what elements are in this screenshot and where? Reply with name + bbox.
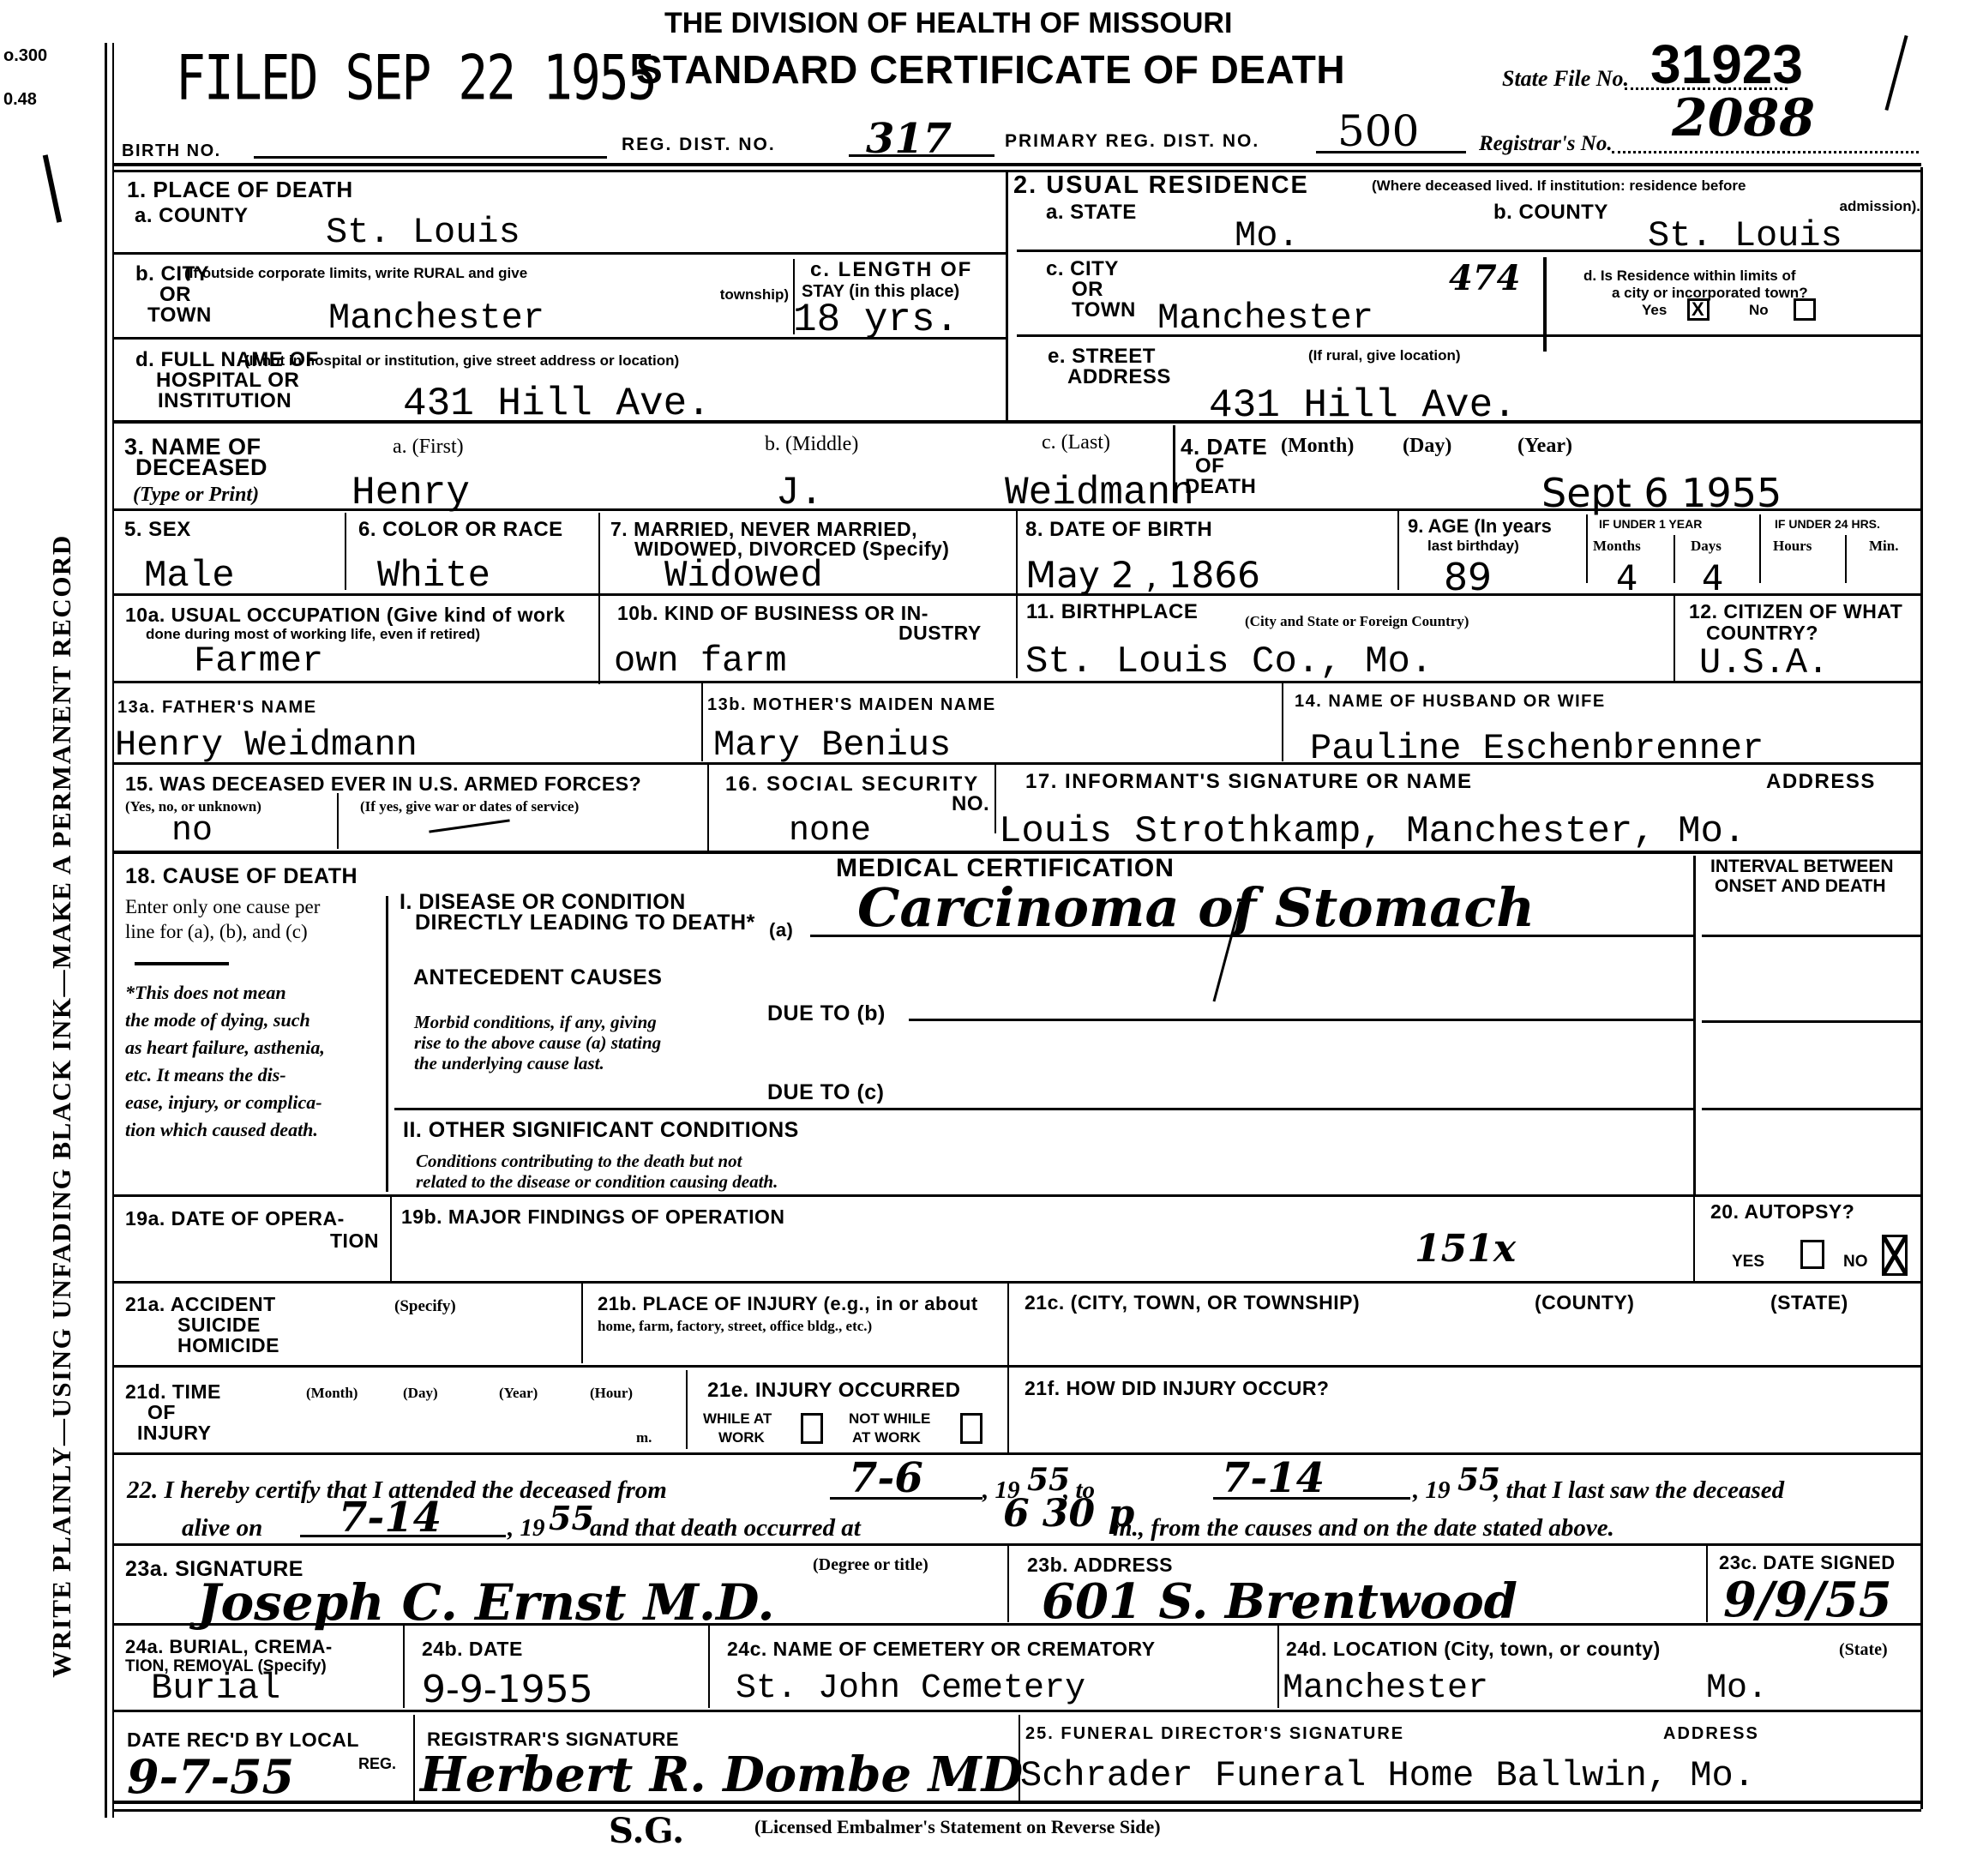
cause-instructions: Enter only one cause per line for (a), (… [125,895,320,945]
rule [114,593,1921,596]
burial-state-value: Mo. [1706,1672,1768,1706]
reg-dist-label: REG. DIST. NO. [622,135,776,154]
injury-place-label: 21b. PLACE OF INJURY (e.g., in or about [598,1295,978,1314]
form-border-left-inner [112,43,114,1818]
res-city-label: c. CITY [1046,259,1119,280]
primary-reg-dist-line [1316,151,1466,153]
not-at-work-label-2: AT WORK [852,1430,921,1446]
hospital-note: (If not in hospital or institution, give… [244,353,679,369]
ssn-value: none [789,815,871,849]
footnote-line: etc. It means the dis- [125,1061,325,1089]
primary-reg-dist-number: 500 [1337,110,1419,153]
occupation-value: Farmer [194,643,323,679]
date-signed-value: 9/9/55 [1723,1576,1892,1624]
days-label: Days [1691,538,1722,554]
rule [114,1281,1921,1284]
business-label-2: DUSTRY [898,623,982,643]
state-file-number: 31923 [1650,33,1803,96]
marital-value: Widowed [664,557,823,595]
cause-c-line [394,1108,1693,1110]
divider [390,1197,392,1281]
part2-note-line: Conditions contributing to the death but… [416,1151,778,1171]
date-signed-label: 23c. DATE SIGNED [1719,1554,1896,1572]
res-city-label-town: TOWN [1072,300,1136,321]
cause-instruction-1: Enter only one cause per [125,895,320,920]
interval-b-line [1702,1020,1920,1023]
date-of-birth-value: May 2 , 1866 [1025,557,1260,593]
cause-a-line [810,935,1693,937]
cause-a-value: Carcinoma of Stomach [857,881,1535,935]
injury-type-label-3: HOMICIDE [177,1336,279,1356]
antecedent-label: ANTECEDENT CAUSES [413,967,662,989]
form-number-2: 0.48 [3,91,37,109]
last-seen-date: 7-14 [339,1497,442,1538]
length-of-stay-label: c. LENGTH OF [810,260,972,280]
usual-residence-note-2: admission). [1800,199,1920,214]
first-name-label: a. (First) [393,436,464,459]
attended-to-line [1213,1497,1410,1500]
registrar-number: 2088 [1672,93,1815,144]
death-city-label-or: OR [159,285,191,305]
res-street-note: (If rural, give location) [1308,348,1461,364]
interval-c-line [1702,1108,1920,1110]
interval-label-2: ONSET AND DEATH [1715,877,1886,896]
certify-text-4: m., from the causes and on the date stat… [1113,1512,1614,1543]
certify-text-2: , that I last saw the deceased [1493,1475,1784,1506]
divider [1586,514,1588,583]
x-mark-icon [1882,1235,1908,1276]
death-city-note: (If outside corporate limits, write RURA… [184,266,527,281]
form-border-right-bottom [1920,1711,1923,1809]
divider [598,513,600,684]
footnote-line: tion which caused death. [125,1116,325,1144]
cause-instruction-2: line for (a), (b), and (c) [125,920,320,945]
injury-type-label-2: SUICIDE [177,1315,261,1335]
divider [345,513,346,590]
res-county-value: St. Louis [1648,218,1842,254]
attended-from-line [830,1497,982,1500]
embalmer-statement-note: (Licensed Embalmer's Statement on Revers… [754,1816,1161,1838]
cause-a-label: (a) [769,921,793,940]
divider [1759,514,1761,583]
business-value: own farm [614,643,787,679]
death-city-label-town: TOWN [147,305,212,326]
min-label: Min. [1869,538,1898,554]
citizen-value: U.S.A. [1699,645,1829,681]
operation-findings-label: 19b. MAJOR FINDINGS OF OPERATION [401,1207,785,1227]
rule [114,1710,1921,1712]
res-city-value: Manchester [1157,300,1373,336]
birth-no-line [254,156,607,159]
certify-text-3: and that death occurred at [590,1512,861,1543]
death-county-label: a. COUNTY [135,206,249,226]
divider [337,793,339,849]
injury-hour-label: (Hour) [590,1386,633,1401]
form-border-right [1920,167,1923,1711]
rule [114,252,1006,255]
footnote-line: the mode of dying, such [125,1007,325,1034]
operation-coding-mark: 151x [1415,1230,1516,1268]
morbid-note-line: the underlying cause last. [414,1053,661,1073]
part2-label: II. OTHER SIGNIFICANT CONDITIONS [403,1120,799,1141]
injury-occurred-label: 21e. INJURY OCCURRED [707,1380,960,1401]
check-tick-mark [1884,35,1908,111]
while-at-work-label: WHILE AT [703,1411,772,1427]
armed-service-note: (If yes, give war or dates of service) [360,799,579,815]
state-file-label: State File No. [1502,65,1629,93]
form-number-1: o.300 [3,47,47,65]
first-name-value: Henry [352,473,470,513]
injury-place-label-2: home, farm, factory, street, office bldg… [598,1319,872,1334]
registrar-no-label: Registrar's No. [1479,130,1613,157]
divider [386,896,388,1192]
injury-month-label: (Month) [306,1386,358,1401]
dod-day-label: (Day) [1403,435,1451,458]
res-city-label-or: OR [1072,280,1103,300]
sex-label: 5. SEX [124,520,191,540]
footnote-line: as heart failure, asthenia, [125,1034,325,1061]
rule [114,1452,1921,1455]
middle-name-label: b. (Middle) [765,433,858,456]
last-seen-year: 55 [549,1502,594,1535]
injury-time-label: 21d. TIME [125,1382,221,1402]
within-limits-no-label: No [1749,303,1769,318]
alive-on-text: alive on [182,1512,262,1543]
filed-stamp: FILED SEP 22 1955 [176,41,656,114]
age-label-2: last birthday) [1427,538,1519,554]
registrar-signature: Herbert R. Dombe MD [420,1751,1023,1799]
autopsy-yes-label: YES [1732,1254,1764,1271]
father-name-label: 13a. FATHER'S NAME [117,699,317,717]
how-injury-label: 21f. HOW DID INJURY OCCUR? [1025,1379,1329,1398]
interval-label: INTERVAL BETWEEN [1710,857,1894,876]
rule [114,762,1921,765]
divider [701,682,703,761]
divider [707,765,709,851]
ssn-label-2: NO. [952,794,989,815]
rule [1017,334,1920,337]
while-at-work-label-2: WORK [718,1430,765,1446]
death-county-value: St. Louis [326,214,520,250]
reg-dist-line [849,154,995,157]
dod-year-label: (Year) [1517,435,1572,458]
informant-label: 17. INFORMANT'S SIGNATURE OR NAME [1025,772,1472,792]
mother-name-value: Mary Benius [713,727,951,763]
rule [114,1623,1921,1626]
morbid-note: Morbid conditions, if any, giving rise t… [414,1012,661,1073]
margin-tick-mark [43,154,63,222]
occupation-label: 10a. USUAL OCCUPATION (Give kind of work [125,605,565,625]
disposition-method-value: Burial [151,1670,280,1706]
not-at-work-checkbox[interactable] [960,1413,982,1444]
usual-residence-label: 2. USUAL RESIDENCE [1013,173,1309,198]
birth-no-label: BIRTH NO. [122,142,221,160]
cause-of-death-label: 18. CAUSE OF DEATH [125,866,358,887]
footnote-line: ease, injury, or complica- [125,1089,325,1116]
header-rule-1 [114,163,1921,166]
rule [114,1801,1921,1804]
res-coding-mark: 474 [1449,262,1521,296]
divider [581,1283,583,1363]
attended-from-date: 7-6 [849,1458,923,1499]
within-limits-yes-checkbox[interactable]: X [1687,298,1710,321]
part1-label-2: DIRECTLY LEADING TO DEATH* [415,912,755,934]
last-name-value: Weidmann [1005,473,1194,513]
burial-state-label: (State) [1839,1641,1888,1659]
morbid-note-line: rise to the above cause (a) stating [414,1032,661,1053]
burial-location-label: 24d. LOCATION (City, town, or county) [1286,1639,1661,1659]
sex-value: Male [144,557,235,595]
under-24-hrs-label: IF UNDER 24 HRS. [1775,518,1880,531]
autopsy-label: 20. AUTOPSY? [1710,1202,1854,1222]
res-state-value: Mo. [1235,218,1300,254]
date-of-death-label-3: DEATH [1185,477,1256,497]
name-of-deceased-label-2: DECEASED [135,456,267,479]
armed-service-dash [429,819,509,833]
within-limits-label: d. Is Residence within limits of [1583,268,1796,284]
race-value: White [377,557,490,595]
rule [114,681,1921,683]
injury-time-label-2: OF [147,1403,176,1422]
injury-type-label: 21a. ACCIDENT [125,1295,276,1314]
divider [1674,535,1675,583]
months-label: Months [1593,538,1641,554]
interval-a-line [1702,935,1920,937]
physician-address-label: 23b. ADDRESS [1027,1555,1173,1575]
age-label: 9. AGE (In years [1408,516,1552,536]
within-limits-yes-label: Yes [1642,303,1667,318]
divider [1693,1197,1695,1281]
injury-m-label: m. [636,1430,652,1446]
type-or-print-label: (Type or Print) [133,482,259,508]
cemetery-label: 24c. NAME OF CEMETERY OR CREMATORY [727,1639,1156,1659]
death-city-value: Manchester [328,300,544,336]
divider [1706,1545,1708,1622]
rule [114,337,1006,340]
res-city-divider [1543,257,1547,352]
embalmer-initials: S.G. [609,1814,684,1849]
divider [1277,1626,1279,1708]
divider [995,765,996,833]
informant-address-label: ADDRESS [1766,772,1876,792]
part2-note-line: related to the disease or condition caus… [416,1171,778,1192]
hospital-label-3: INSTITUTION [158,391,291,412]
rule [114,1543,1921,1546]
registrar-no-line [1612,151,1919,153]
date-of-birth-label: 8. DATE OF BIRTH [1025,520,1212,540]
injury-time-label-3: INJURY [137,1423,212,1443]
injury-city-label: 21c. (CITY, TOWN, OR TOWNSHIP) [1025,1293,1360,1313]
dod-month-label: (Month) [1281,435,1354,458]
funeral-director-value: Schrader Funeral Home Ballwin, Mo. [1020,1758,1755,1794]
burial-city-value: Manchester [1283,1672,1488,1706]
business-label: 10b. KIND OF BUSINESS OR IN- [617,604,928,623]
interval-divider [1693,856,1696,1194]
father-name-value: Henry Weidmann [115,727,418,763]
date-received-label-2: REG. [358,1756,396,1772]
date-received-value: 9-7-55 [127,1753,294,1800]
birthplace-note: (City and State or Foreign Country) [1245,614,1469,629]
physician-address-value: 601 S. Brentwood [1042,1578,1517,1626]
due-to-b-label: DUE TO (b) [767,1003,886,1025]
part2-note: Conditions contributing to the death but… [416,1151,778,1192]
injury-year-label: (Year) [499,1386,538,1401]
divider [708,1626,710,1708]
divider [1674,595,1675,681]
divider [686,1370,688,1449]
hospital-label-2: HOSPITAL OR [156,370,299,391]
divider [1007,1545,1009,1622]
birthplace-value: St. Louis Co., Mo. [1025,643,1433,681]
ssn-label: 16. SOCIAL SECURITY [725,774,979,795]
res-street-label: e. STREET [1048,346,1156,367]
spouse-name-label: 14. NAME OF HUSBAND OR WIFE [1295,693,1606,711]
agency-title: THE DIVISION OF HEALTH OF MISSOURI [664,7,1232,40]
informant-value: Louis Strothkamp, Manchester, Mo. [999,813,1746,851]
due-to-c-label: DUE TO (c) [767,1082,885,1103]
degree-label: (Degree or title) [813,1556,928,1574]
birthplace-label: 11. BIRTHPLACE [1026,602,1198,622]
funeral-director-label: 25. FUNERAL DIRECTOR'S SIGNATURE [1025,1725,1404,1743]
attended-to-date: 7-14 [1222,1458,1325,1499]
divider [1173,425,1175,502]
year-prefix: , 19 [1413,1475,1451,1506]
primary-reg-dist-label: PRIMARY REG. DIST. NO. [1005,132,1259,151]
hospital-value: 431 Hill Ave. [403,384,711,424]
footnote: *This does not mean the mode of dying, s… [125,979,325,1144]
side-instruction: WRITE PLAINLY—USING UNFADING BLACK INK—M… [46,420,77,1792]
citizen-label: 12. CITIZEN OF WHAT [1689,602,1902,622]
operation-date-label-2: TION [330,1231,379,1251]
form-border-left-outer [105,43,107,1818]
autopsy-no-checkbox[interactable] [1882,1235,1908,1276]
disposition-date-label: 24b. DATE [422,1639,523,1659]
rule [114,1194,1921,1197]
res-street-label-2: ADDRESS [1067,367,1171,388]
cause-b-line [909,1019,1693,1021]
race-label: 6. COLOR OR RACE [358,520,563,540]
operation-date-label: 19a. DATE OF OPERA- [125,1209,345,1229]
disposition-method-label: 24a. BURIAL, CREMA- [125,1638,333,1657]
cemetery-value: St. John Cemetery [736,1672,1085,1706]
rule [114,1809,1921,1812]
divider [1007,1283,1009,1454]
rule [114,420,1921,424]
length-of-stay-value: 18 yrs. [793,300,958,340]
under-1-year-label: IF UNDER 1 YEAR [1599,518,1702,531]
divider [413,1715,415,1801]
sections-1-2-divider [1006,171,1008,420]
usual-residence-note: (Where deceased lived. If institution: r… [1372,178,1746,194]
last-seen-line [300,1535,506,1537]
date-received-label: DATE REC'D BY LOCAL [127,1730,359,1750]
citizen-label-2: COUNTRY? [1706,623,1818,643]
marital-label: 7. MARRIED, NEVER MARRIED, [610,520,917,539]
disposition-date-value: 9-9-1955 [422,1668,593,1711]
not-at-work-label: NOT WHILE [849,1411,930,1427]
res-county-label: b. COUNTY [1493,202,1608,223]
divider [1845,535,1847,583]
autopsy-no-label: NO [1843,1254,1868,1271]
certificate-title: STANDARD CERTIFICATE OF DEATH [636,46,1345,93]
footnote-divider [135,962,229,965]
date-of-death-label-2: OF [1195,456,1224,477]
injury-state-label: (STATE) [1770,1293,1848,1313]
within-limits-label-2: a city or incorporated town? [1612,286,1808,301]
injury-county-label: (COUNTY) [1535,1293,1634,1313]
armed-forces-value: no [171,815,213,849]
year-prefix: , 19 [508,1512,545,1543]
divider [1397,511,1399,590]
rule [1017,250,1920,252]
divider [1282,682,1283,761]
injury-specify-label: (Specify) [394,1298,456,1315]
place-of-death-label: 1. PLACE OF DEATH [127,178,353,201]
injury-day-label: (Day) [403,1386,438,1401]
funeral-address-label: ADDRESS [1663,1725,1759,1743]
reg-dist-number: 317 [866,118,952,159]
x-mark-icon: X [1692,298,1704,321]
middle-name-value: J. [776,473,823,513]
armed-forces-label: 15. WAS DECEASED EVER IN U.S. ARMED FORC… [125,774,641,794]
res-state-label: a. STATE [1046,202,1137,223]
within-limits-no-checkbox[interactable] [1794,298,1816,321]
mother-name-label: 13b. MOTHER'S MAIDEN NAME [707,696,996,714]
last-name-label: c. (Last) [1042,431,1110,454]
rule [114,1365,1921,1368]
autopsy-yes-checkbox[interactable] [1800,1240,1824,1269]
morbid-note-line: Morbid conditions, if any, giving [414,1012,661,1032]
physician-signature: Joseph C. Ernst M.D. [197,1578,775,1627]
rule [114,508,1921,511]
while-at-work-checkbox[interactable] [801,1413,823,1444]
spouse-name-value: Pauline Eschenbrenner [1310,731,1764,767]
footnote-line: *This does not mean [125,979,325,1007]
hours-label: Hours [1773,538,1812,554]
divider [403,1626,405,1708]
